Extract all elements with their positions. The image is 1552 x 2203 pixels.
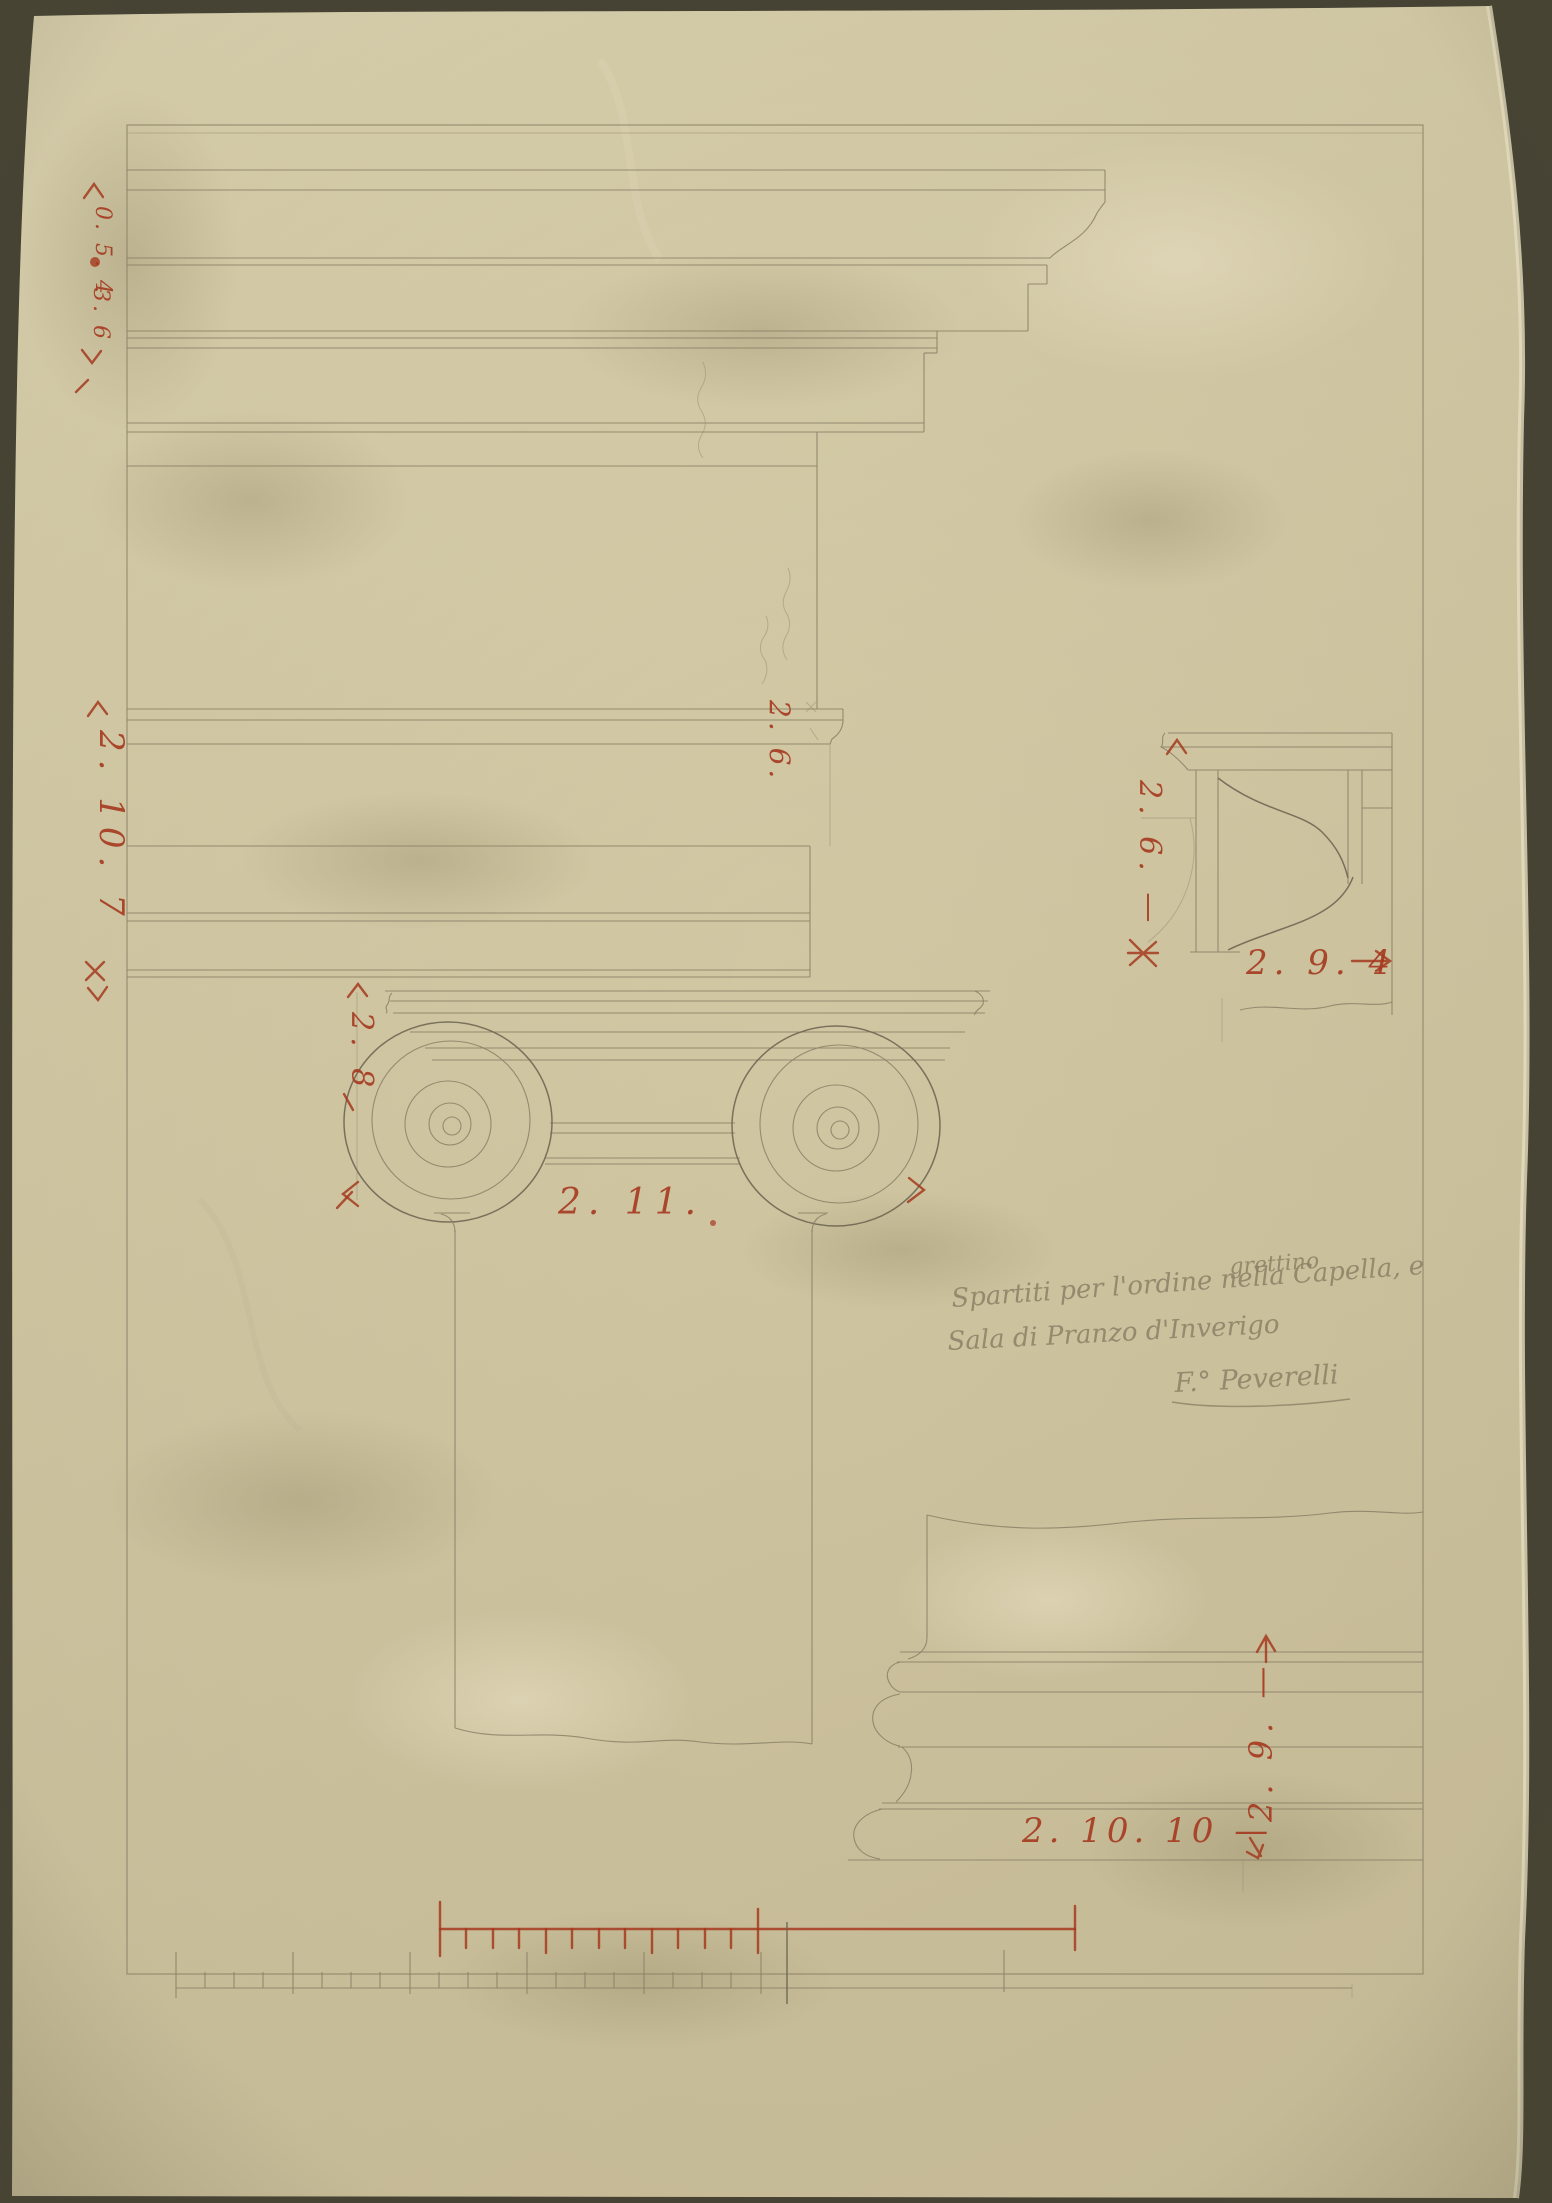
- dim-capital-height: 2. 8: [344, 1011, 379, 1093]
- dim-capital-width: 2. 11.: [557, 1182, 703, 1223]
- dim-cornice-lower: 3. 6: [88, 288, 113, 342]
- drawing-canvas: 0. 5. 4 3. 6 2. 10. 7 2. 6. 2. 8 2. 11. …: [0, 0, 1552, 2203]
- dim-base-height: 2. 9. —: [1242, 1660, 1280, 1823]
- dim-base-width: 2. 10. 10 —: [1021, 1811, 1273, 1851]
- dim-taenia-height: 2. 6.: [763, 699, 796, 782]
- dim-cornice-upper: 0. 5. 4: [90, 206, 115, 297]
- dim-architrave-height: 2. 10. 7: [91, 729, 131, 924]
- photographed-drawing-sheet: 0. 5. 4 3. 6 2. 10. 7 2. 6. 2. 8 2. 11. …: [0, 0, 1552, 2203]
- dim-console-height: 2. 6. —: [1132, 779, 1167, 928]
- dim-console-width: 2. 9. 4: [1245, 943, 1396, 983]
- ink-blot: [90, 257, 100, 267]
- ink-dot: [710, 1220, 716, 1226]
